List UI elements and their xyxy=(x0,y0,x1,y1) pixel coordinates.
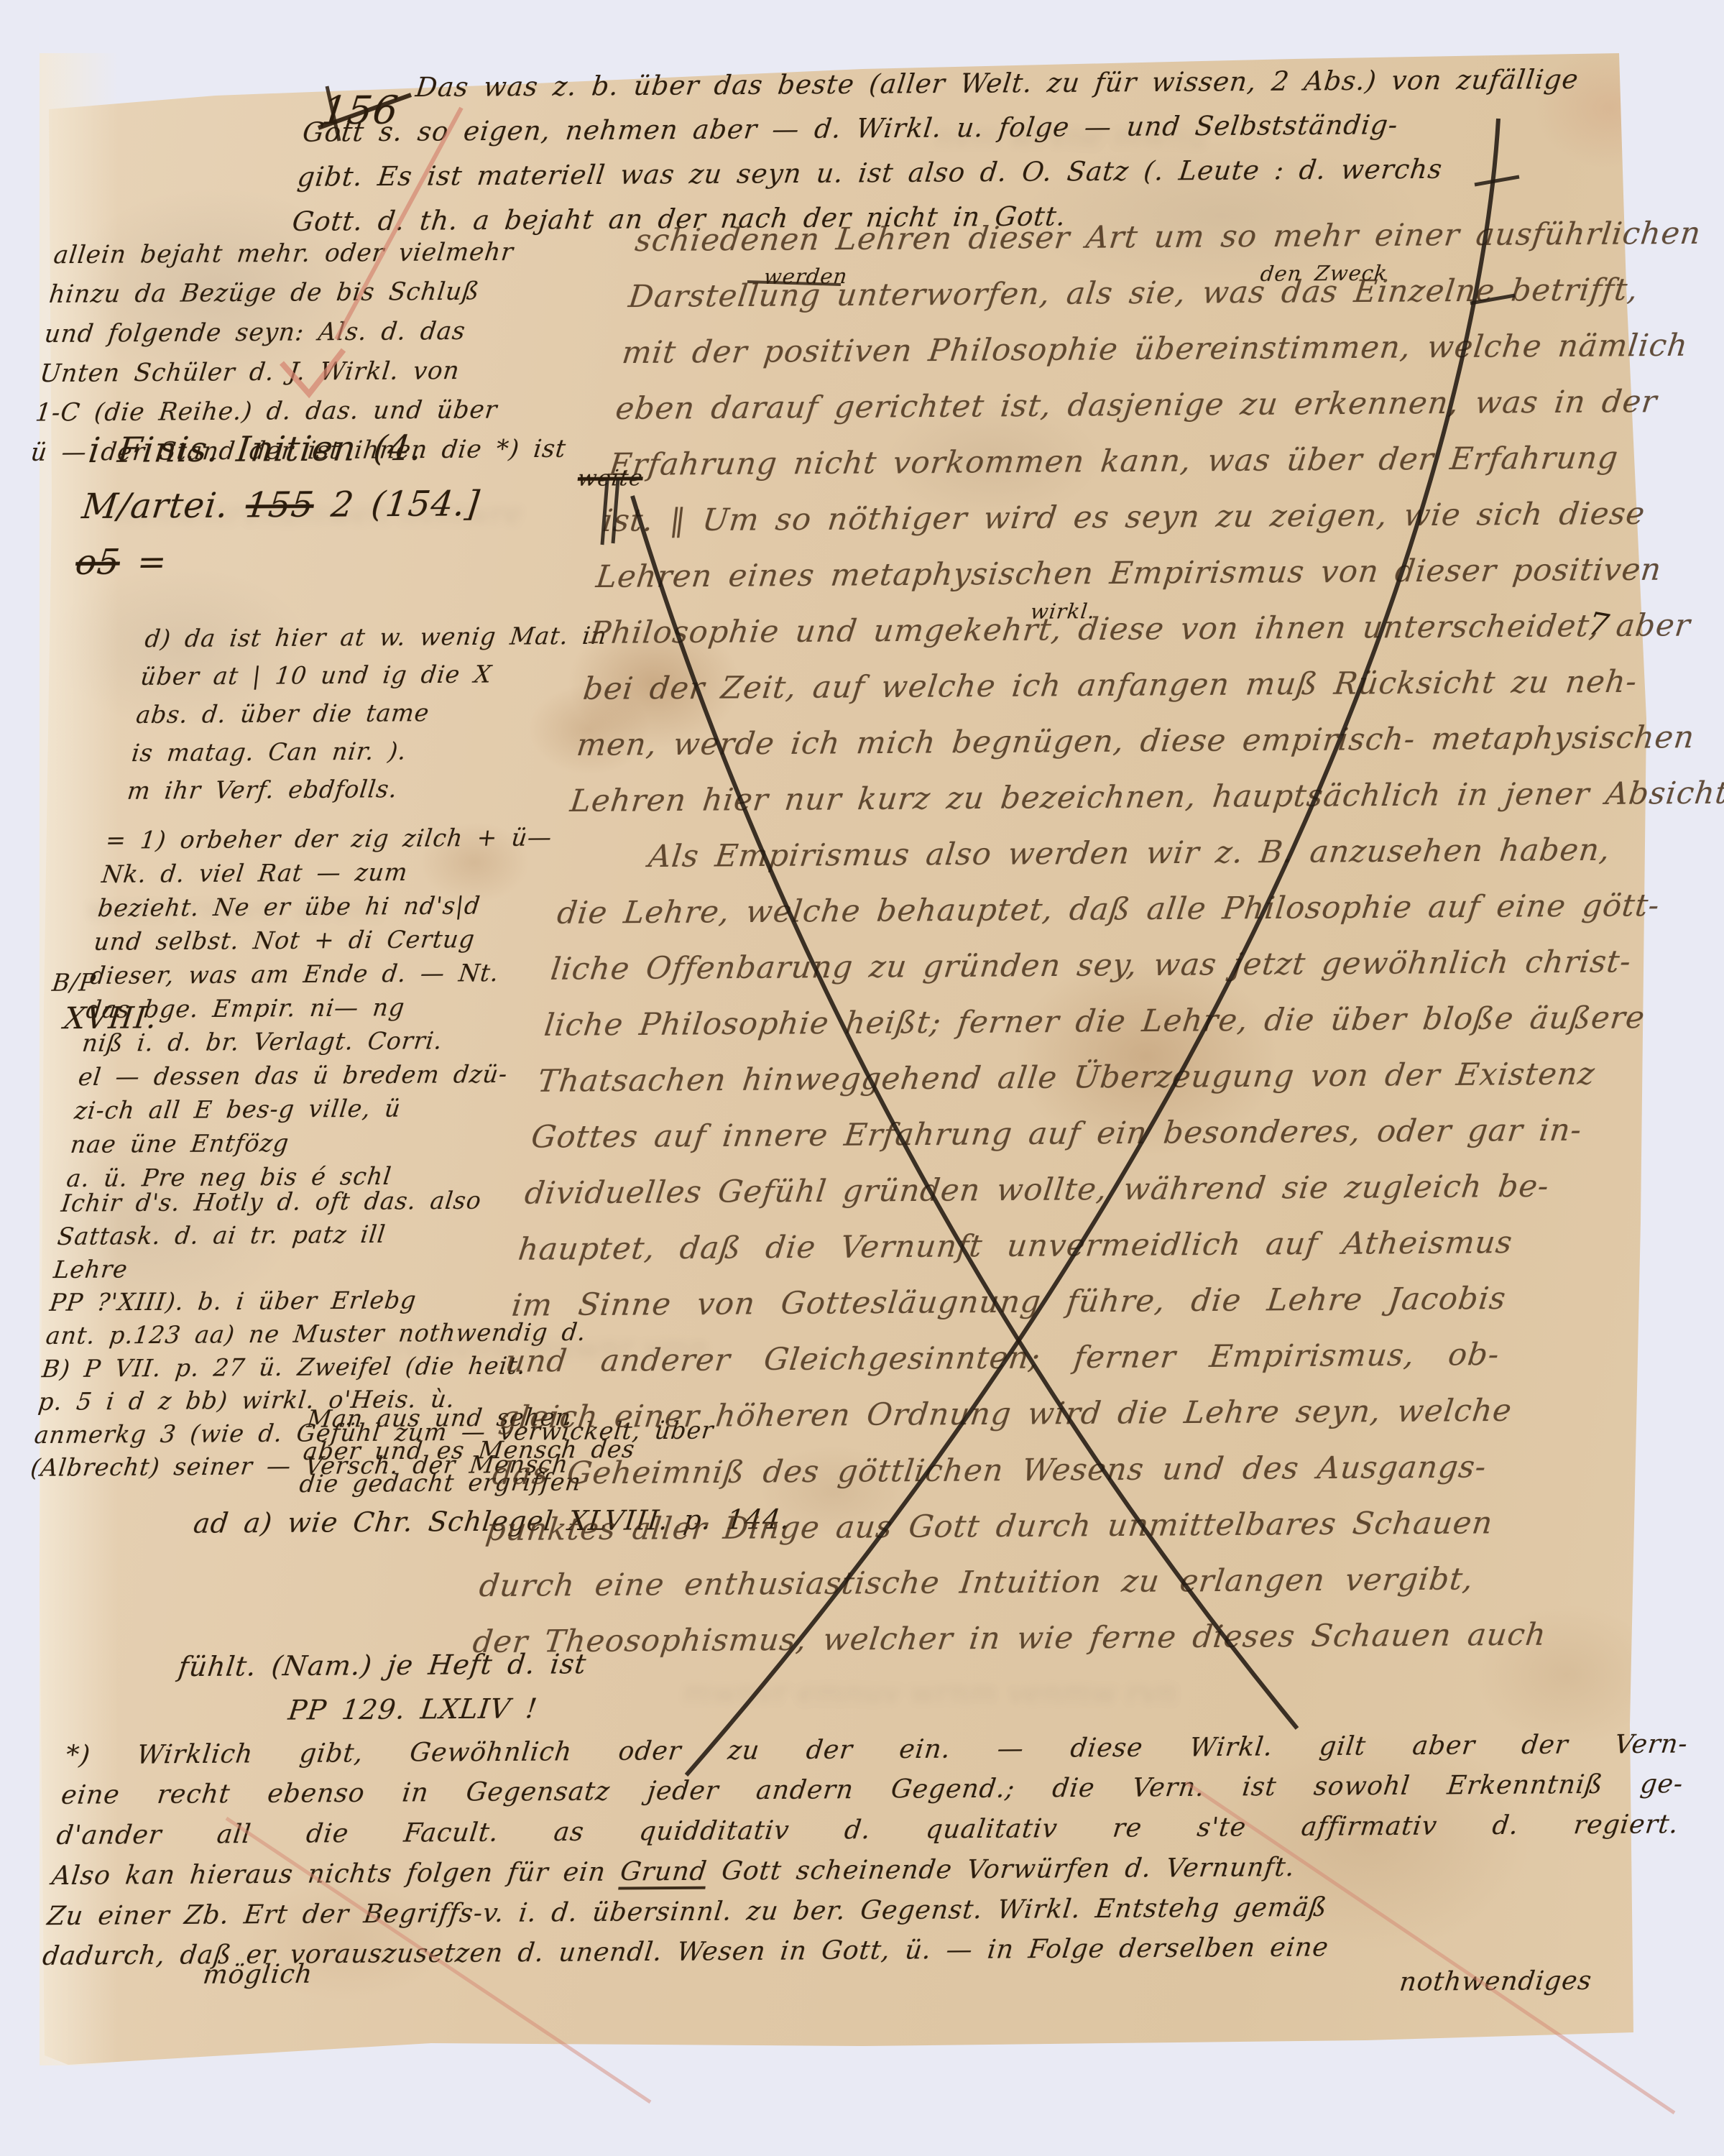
red-pencil-line-top xyxy=(336,108,461,339)
red-pencil-line-bottom-left xyxy=(226,1818,650,2102)
page-number-strike xyxy=(327,86,339,141)
deletion-stroke-right xyxy=(686,119,1498,1775)
insertion-mark xyxy=(602,480,607,545)
deletion-stroke-left xyxy=(632,496,1297,1728)
insertion-mark xyxy=(613,479,618,543)
manuscript-scan: mvnwmrvnumwen nvmwre wnmv rnuvm wrem nre… xyxy=(0,0,1724,2156)
red-check-mark xyxy=(282,350,344,394)
marks-overlay xyxy=(0,0,1724,2156)
deletion-stroke-tick xyxy=(1475,177,1519,185)
word-underline xyxy=(747,282,841,285)
red-pencil-line-bottom-right xyxy=(1186,1782,1674,2113)
